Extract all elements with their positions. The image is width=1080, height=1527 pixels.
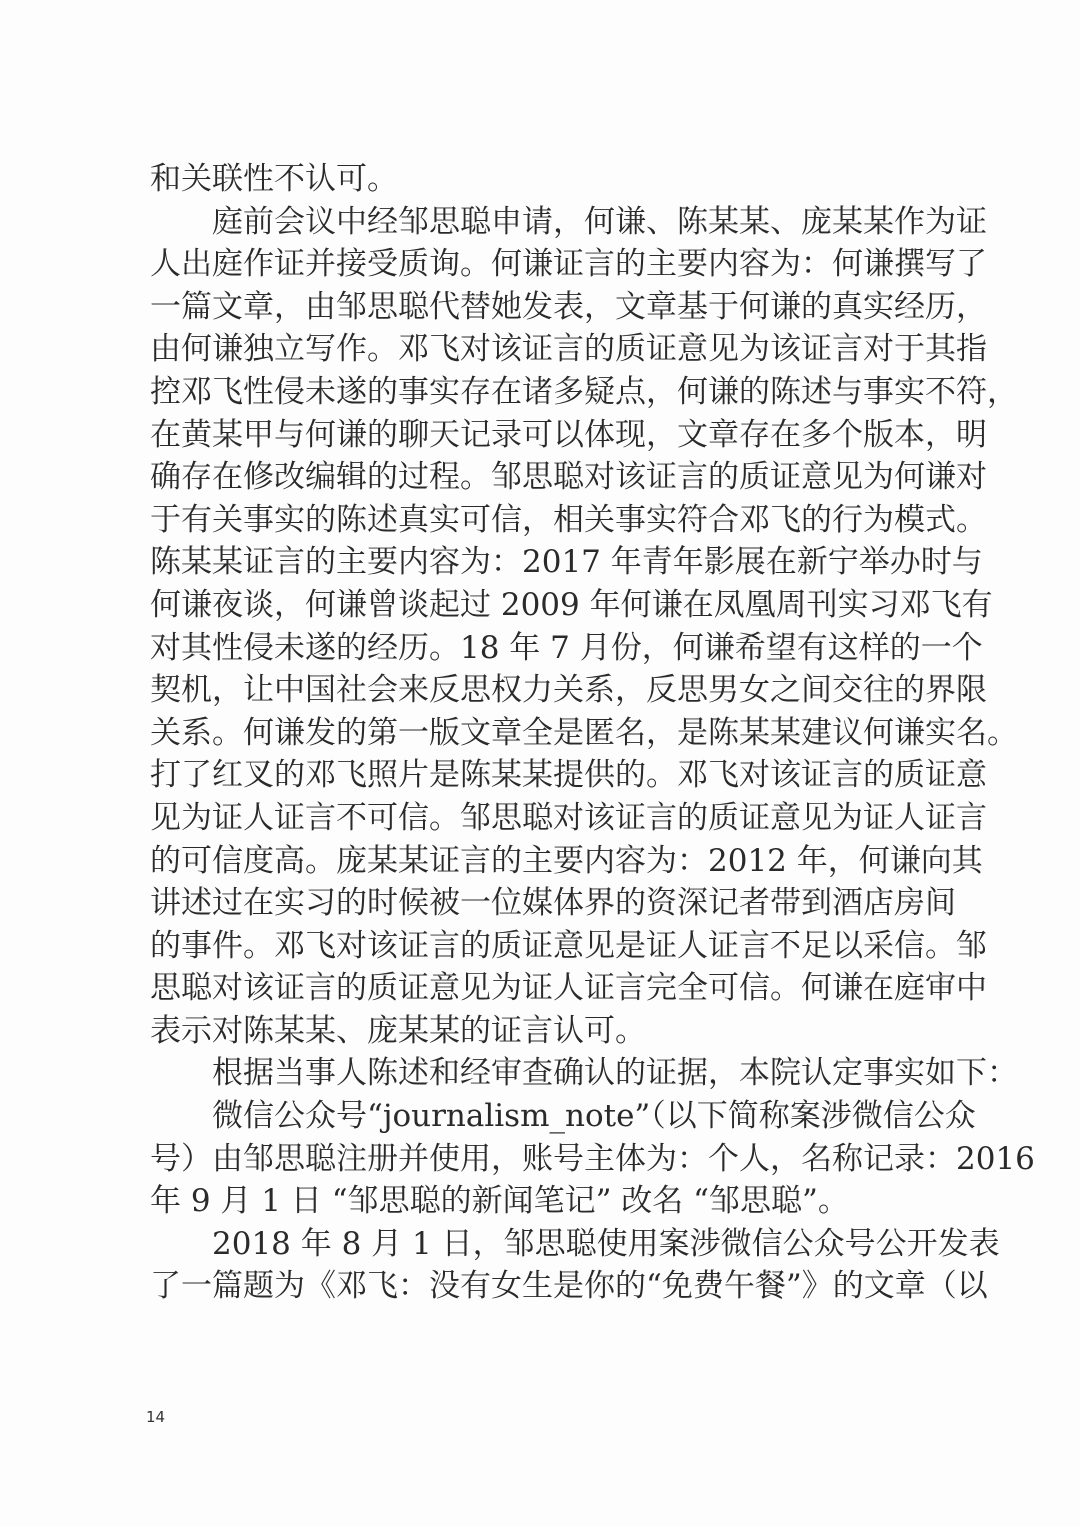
text-line: 表示对陈某某、庞某某的证言认可。: [150, 1010, 922, 1053]
text-line: 根据当事人陈述和经审查确认的证据，本院认定事实如下：: [150, 1052, 922, 1095]
text-line: 一篇文章，由邹思聪代替她发表，文章基于何谦的真实经历，: [150, 286, 922, 329]
text-line: 何谦夜谈，何谦曾谈起过 2009 年何谦在凤凰周刊实习邓飞有: [150, 584, 922, 627]
text-line: 了一篇题为《邓飞：没有女生是你的“免费午餐”》的文章（以: [150, 1265, 922, 1308]
text-line: 打了红叉的邓飞照片是陈某某提供的。邓飞对该证言的质证意: [150, 754, 922, 797]
text-line: 陈某某证言的主要内容为：2017 年青年影展在新宁举办时与: [150, 541, 922, 584]
text-line: 见为证人证言不可信。邹思聪对该证言的质证意见为证人证言: [150, 797, 922, 840]
text-line: 微信公众号“journalism_note”（以下简称案涉微信公众: [150, 1095, 922, 1138]
text-line: 人出庭作证并接受质询。何谦证言的主要内容为：何谦撰写了: [150, 243, 922, 286]
text-line: 年 9 月 1 日 “邹思聪的新闻笔记” 改名 “邹思聪”。: [150, 1180, 922, 1223]
paragraph: 庭前会议中经邹思聪申请，何谦、陈某某、庞某某作为证 人出庭作证并接受质询。何谦证…: [150, 201, 922, 1053]
text-line: 确存在修改编辑的过程。邹思聪对该证言的质证意见为何谦对: [150, 456, 922, 499]
paragraph: 2018 年 8 月 1 日，邹思聪使用案涉微信公众号公开发表 了一篇题为《邓飞…: [150, 1223, 922, 1308]
paragraph: 微信公众号“journalism_note”（以下简称案涉微信公众 号）由邹思聪…: [150, 1095, 922, 1223]
text-line: 2018 年 8 月 1 日，邹思聪使用案涉微信公众号公开发表: [150, 1223, 922, 1266]
document-page: 和关联性不认可。 庭前会议中经邹思聪申请，何谦、陈某某、庞某某作为证 人出庭作证…: [0, 0, 1080, 1527]
text-line: 关系。何谦发的第一版文章全是匿名，是陈某某建议何谦实名。: [150, 712, 922, 755]
text-line: 于有关事实的陈述真实可信，相关事实符合邓飞的行为模式。: [150, 499, 922, 542]
text-line: 庭前会议中经邹思聪申请，何谦、陈某某、庞某某作为证: [150, 201, 922, 244]
text-line: 对其性侵未遂的经历。18 年 7 月份，何谦希望有这样的一个: [150, 627, 922, 670]
page-number: 14: [146, 1408, 165, 1426]
paragraph: 和关联性不认可。: [150, 158, 922, 201]
text-line: 契机，让中国社会来反思权力关系，反思男女之间交往的界限: [150, 669, 922, 712]
text-line: 和关联性不认可。: [150, 158, 922, 201]
text-line: 号）由邹思聪注册并使用，账号主体为：个人，名称记录：2016: [150, 1138, 922, 1181]
text-line: 的可信度高。庞某某证言的主要内容为：2012 年，何谦向其: [150, 840, 922, 883]
text-line: 在黄某甲与何谦的聊天记录可以体现，文章存在多个版本，明: [150, 414, 922, 457]
paragraph: 根据当事人陈述和经审查确认的证据，本院认定事实如下：: [150, 1052, 922, 1095]
document-body: 和关联性不认可。 庭前会议中经邹思聪申请，何谦、陈某某、庞某某作为证 人出庭作证…: [150, 158, 922, 1308]
text-line: 控邓飞性侵未遂的事实存在诸多疑点，何谦的陈述与事实不符，: [150, 371, 922, 414]
text-line: 讲述过在实习的时候被一位媒体界的资深记者带到酒店房间: [150, 882, 922, 925]
text-line: 由何谦独立写作。邓飞对该证言的质证意见为该证言对于其指: [150, 328, 922, 371]
text-line: 的事件。邓飞对该证言的质证意见是证人证言不足以采信。邹: [150, 925, 922, 968]
text-line: 思聪对该证言的质证意见为证人证言完全可信。何谦在庭审中: [150, 967, 922, 1010]
